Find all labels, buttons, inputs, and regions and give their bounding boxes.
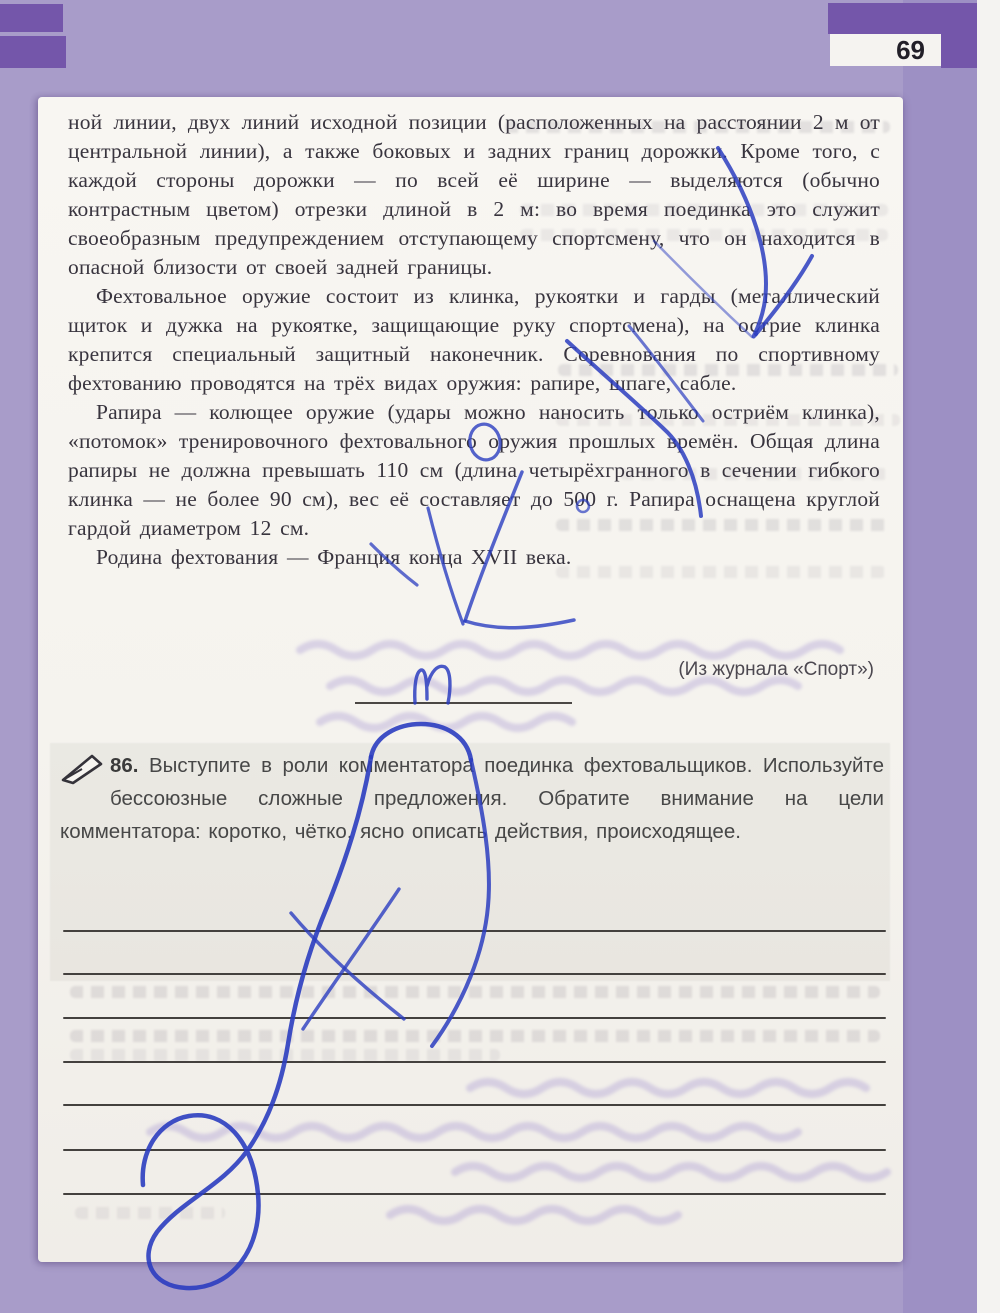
bleed-through-artifact xyxy=(70,1049,500,1061)
header-band xyxy=(828,3,977,34)
short-rule-line xyxy=(355,702,572,704)
bleed-through-artifact xyxy=(556,519,892,531)
bleed-through-artifact xyxy=(556,566,886,578)
bleed-through-artifact xyxy=(520,204,888,216)
pen-nib-icon xyxy=(60,751,104,785)
cover-right-edge xyxy=(903,0,977,1313)
article-body: ной линии, двух линий исходной позиции (… xyxy=(68,108,880,572)
bleed-through-artifact xyxy=(558,364,898,376)
page-number: 69 xyxy=(896,35,925,66)
scan-edge xyxy=(977,0,1000,1313)
bleed-through-artifact xyxy=(70,986,880,998)
textbook-page: ной линии, двух линий исходной позиции (… xyxy=(38,97,903,1262)
exercise-86: 86. Выступите в роли комментатора поедин… xyxy=(60,749,884,848)
exercise-text: Выступите в роли комментатора поединка ф… xyxy=(60,754,884,843)
bleed-through-artifact xyxy=(520,229,888,241)
exercise-number: 86. xyxy=(110,754,139,777)
paragraph-weapon: Фехтовальное оружие состоит из клинка, р… xyxy=(68,282,880,398)
bleed-through-artifact xyxy=(75,1207,225,1219)
writing-line[interactable] xyxy=(63,1061,886,1063)
cover-corner-block-top xyxy=(0,4,63,32)
source-attribution: (Из журнала «Спорт») xyxy=(68,659,880,681)
page-number-badge: 69 xyxy=(830,34,941,66)
bleed-through-artifact xyxy=(556,414,900,426)
writing-line[interactable] xyxy=(63,1104,886,1106)
bleed-through-artifact xyxy=(70,1030,880,1042)
writing-line[interactable] xyxy=(63,1017,886,1019)
bleed-through-artifact xyxy=(505,121,890,133)
writing-line[interactable] xyxy=(63,1193,886,1195)
paragraph-piste: ной линии, двух линий исходной позиции (… xyxy=(68,108,880,282)
writing-line[interactable] xyxy=(63,1149,886,1151)
writing-line[interactable] xyxy=(63,930,886,932)
cover-corner-block-bottom xyxy=(0,36,66,68)
writing-line[interactable] xyxy=(63,973,886,975)
header-band-square xyxy=(941,34,977,68)
bleed-through-artifact xyxy=(620,468,888,480)
